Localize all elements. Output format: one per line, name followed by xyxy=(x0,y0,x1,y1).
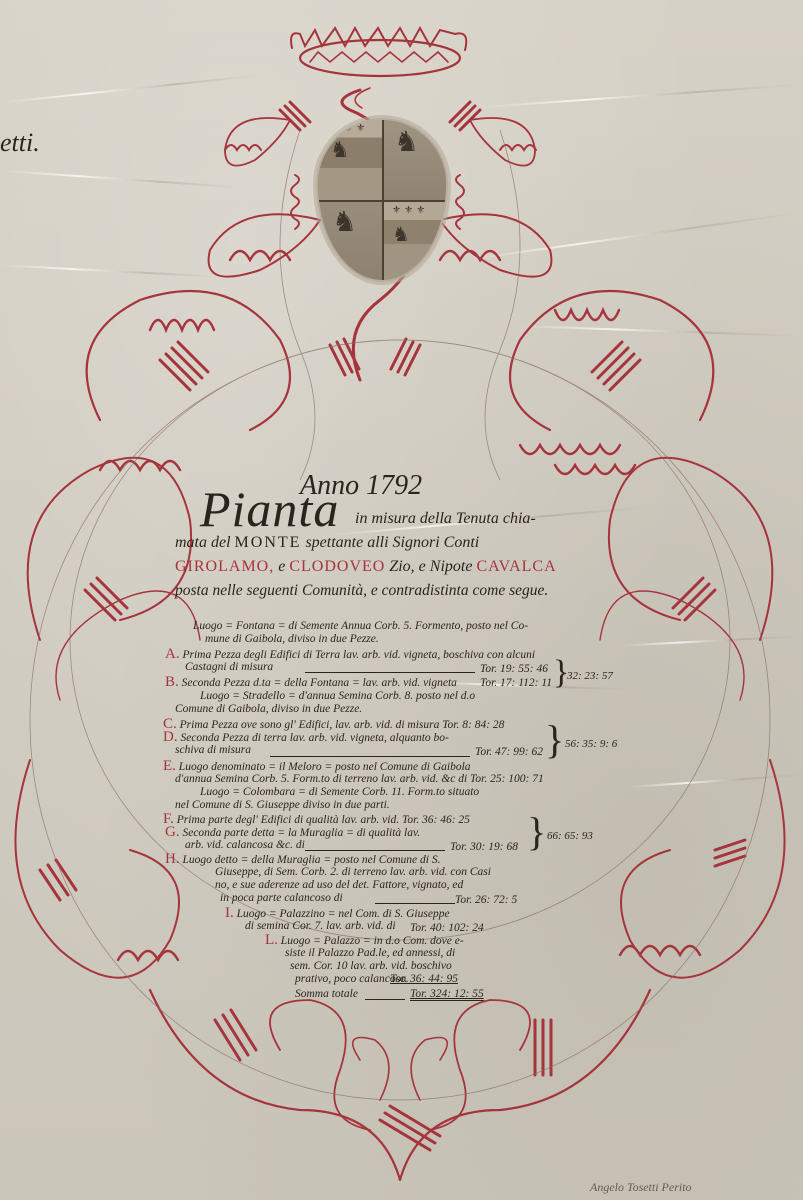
name-clodoveo: CLODOVEO xyxy=(289,558,385,575)
coronet-icon xyxy=(291,28,466,76)
parcel-entry: sem. Cor. 10 lav. arb. vid. boschivo xyxy=(290,960,452,973)
parcel-entry: Comune di Gaibola, diviso in due Pezze. xyxy=(175,703,362,716)
coat-of-arms-shield: ♞ ♞ ♞ ♞ ⚜ ⚜ ⚜ ⚜ ⚜ ⚜ xyxy=(316,118,448,282)
parcel-entry: in poca parte calancoso di xyxy=(220,892,343,905)
parcel-entry: no, e sue aderenze ad uso del det. Fatto… xyxy=(215,879,463,892)
title-line-4: posta nelle seguenti Comunità, e contrad… xyxy=(175,582,548,600)
total-label: Somma totale xyxy=(295,988,358,1001)
parcel-entry: Luogo = Colombara = di Semente Corb. 11.… xyxy=(200,786,479,799)
name-girolamo: GIROLAMO, xyxy=(175,558,274,575)
fleur-de-lis-icon: ⚜ ⚜ ⚜ xyxy=(332,124,365,134)
lion-passant-icon: ♞ xyxy=(330,140,350,162)
name-cavalca: CAVALCA xyxy=(476,558,556,575)
lion-passant-icon: ♞ xyxy=(392,224,410,244)
parcel-measure: Tor. 17: 112: 11 xyxy=(480,677,552,690)
parcel-entry: mune di Gaibola, diviso in due Pezze. xyxy=(205,633,379,646)
subtotal-cd: 56: 35: 9: 6 xyxy=(565,738,617,751)
parcel-measure: Tor. 19: 55: 46 xyxy=(480,663,548,676)
lion-rampant-icon: ♞ xyxy=(394,128,419,156)
subtotal-ab: 32: 23: 57 xyxy=(567,670,613,683)
title-line-1: in misura della Tenuta chia- xyxy=(355,510,536,528)
parcel-entry: d'annua Semina Corb. 5. Form.to di terre… xyxy=(175,773,544,786)
parcel-entry: Giuseppe, di Sem. Corb. 2. di terreno la… xyxy=(215,866,491,879)
title-line-2: mata del MONTE spettante alli Signori Co… xyxy=(175,534,479,552)
title-line-3: GIROLAMO, e CLODOVEO Zio, e Nipote CAVAL… xyxy=(175,558,557,576)
fleur-de-lis-icon: ⚜ ⚜ ⚜ xyxy=(392,206,425,216)
estate-name: MONTE xyxy=(235,534,302,551)
grand-total: Tor. 324: 12: 55 xyxy=(410,988,484,1001)
parcel-entry: schiva di misura xyxy=(175,744,251,757)
parcel-measure: Tor. 26: 72: 5 xyxy=(455,894,517,907)
lion-rampant-icon: ♞ xyxy=(332,208,357,236)
surveyor-signature: Angelo Tosetti Perito xyxy=(590,1180,692,1195)
parcel-entry: siste il Palazzo Pad.le, ed annessi, di xyxy=(285,947,455,960)
parcel-entry: nel Comune di S. Giuseppe diviso in due … xyxy=(175,799,390,812)
parcel-measure: Tor. 30: 19: 68 xyxy=(450,841,518,854)
parcel-entry-b: B. Seconda Pezza d.ta = della Fontana = … xyxy=(165,676,457,690)
parcel-entry: arb. vid. calancosa &c. di xyxy=(185,839,305,852)
parcel-measure: Tor. 36: 44: 95 xyxy=(390,973,458,986)
subtotal-fg: 66: 65: 93 xyxy=(547,830,593,843)
parcel-entry: Luogo = Stradello = d'annua Semina Corb.… xyxy=(200,690,475,703)
parcel-entry: Castagni di misura xyxy=(185,661,273,674)
title-word: Pianta xyxy=(200,480,339,538)
parcel-measure: Tor. 47: 99: 62 xyxy=(475,746,543,759)
parcel-entry: Luogo = Fontana = di Semente Annua Corb.… xyxy=(193,620,528,633)
